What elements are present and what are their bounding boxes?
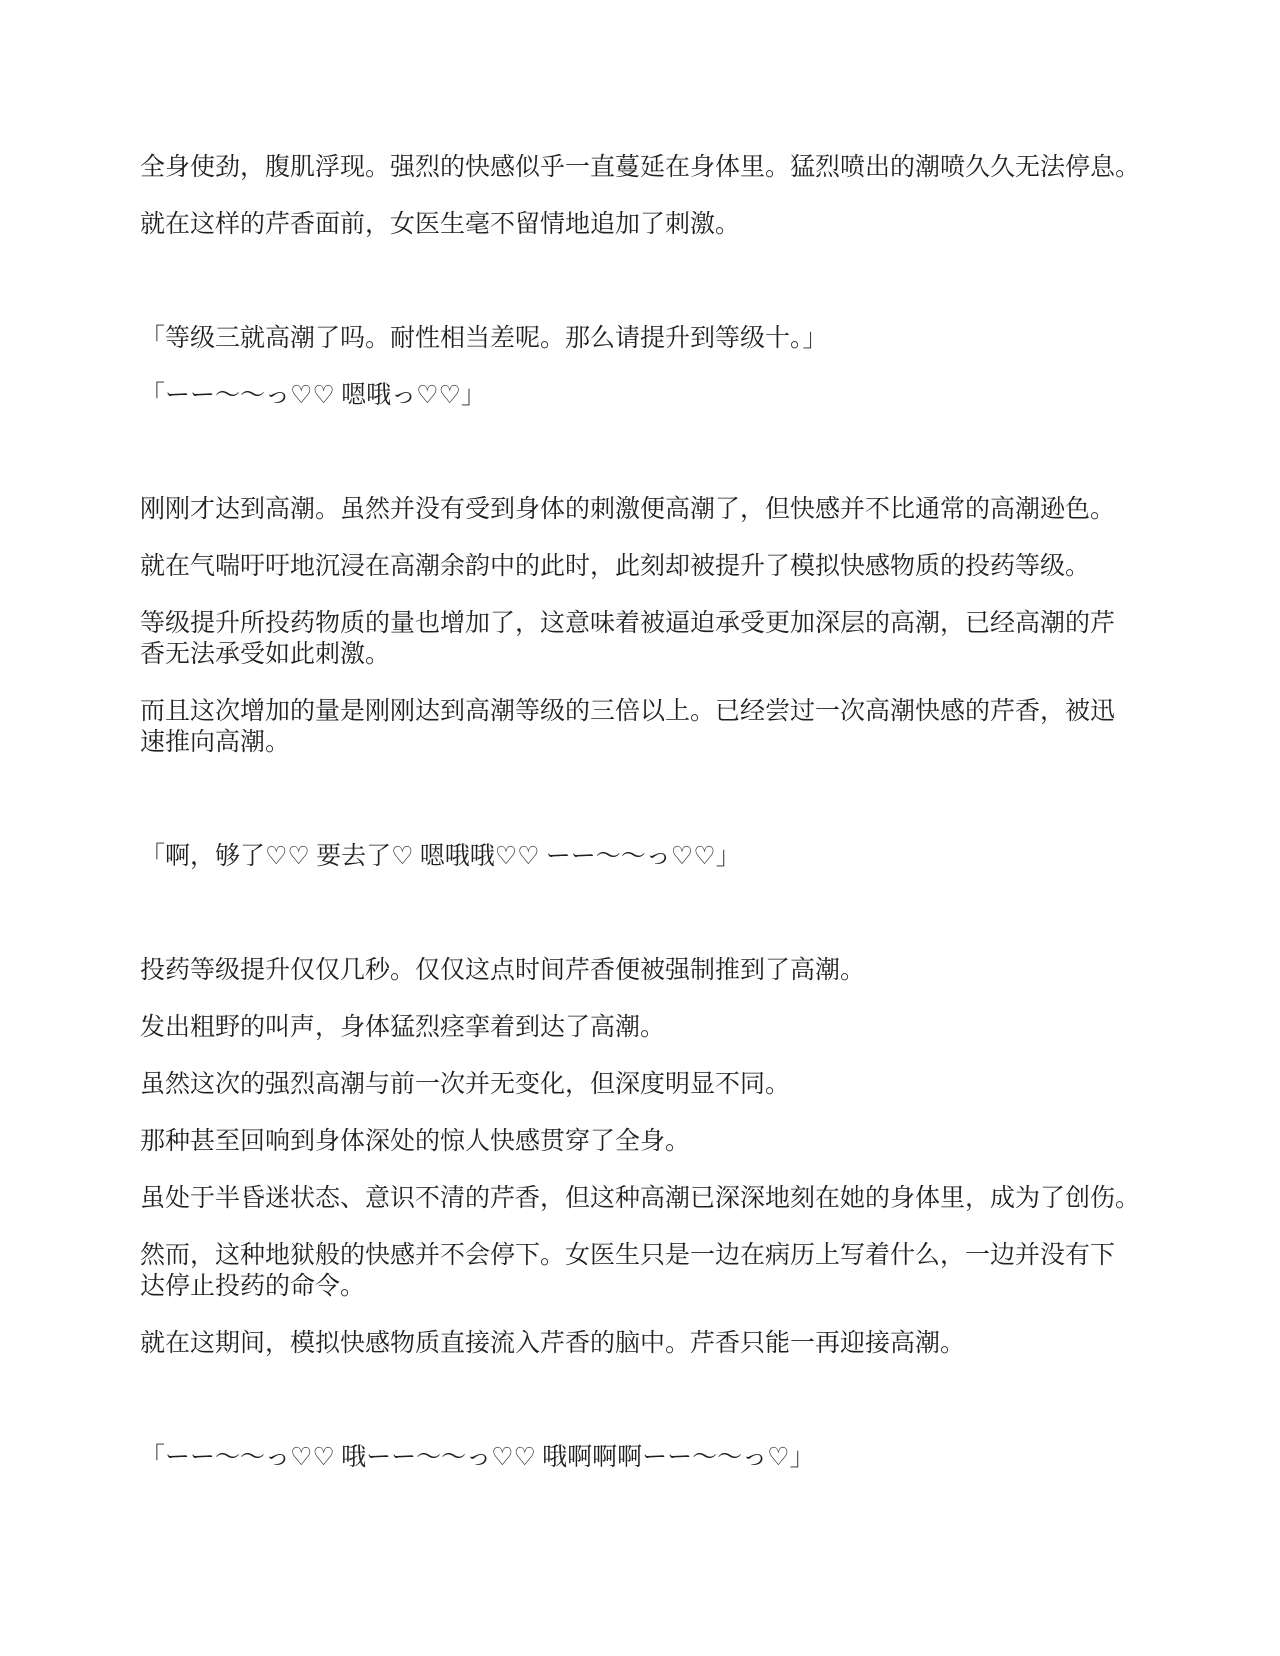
narration-paragraph: 就在这期间，模拟快感物质直接流入芹香的脑中。芹香只能一再迎接高潮。: [140, 1328, 1142, 1359]
dialogue-paragraph: 「啊，够了♡♡ 要去了♡ 嗯哦哦♡♡ ーー～～っ♡♡」: [140, 841, 1142, 872]
narration-paragraph: 全身使劲，腹肌浮现。强烈的快感似乎一直蔓延在身体里。猛烈喷出的潮喷久久无法停息。: [140, 152, 1142, 183]
dialogue-paragraph: 「等级三就高潮了吗。耐性相当差呢。那么请提升到等级十。」: [140, 323, 1142, 354]
narration-paragraph: 投药等级提升仅仅几秒。仅仅这点时间芹香便被强制推到了高潮。: [140, 955, 1142, 986]
dialogue-paragraph: 「ーー～～っ♡♡ 嗯哦っ♡♡」: [140, 380, 1142, 411]
narration-paragraph: 发出粗野的叫声，身体猛烈痉挛着到达了高潮。: [140, 1012, 1142, 1043]
dialogue-paragraph: 「ーー～～っ♡♡ 哦ーー～～っ♡♡ 哦啊啊啊ーー～～っ♡」: [140, 1442, 1142, 1473]
narration-paragraph: 刚刚才达到高潮。虽然并没有受到身体的刺激便高潮了，但快感并不比通常的高潮逊色。: [140, 494, 1142, 525]
page-text-content: 全身使劲，腹肌浮现。强烈的快感似乎一直蔓延在身体里。猛烈喷出的潮喷久久无法停息。…: [140, 152, 1142, 1499]
narration-paragraph: 那种甚至回响到身体深处的惊人快感贯穿了全身。: [140, 1126, 1142, 1157]
narration-paragraph: 然而，这种地狱般的快感并不会停下。女医生只是一边在病历上写着什么，一边并没有下 …: [140, 1240, 1142, 1302]
narration-paragraph: 而且这次增加的量是刚刚达到高潮等级的三倍以上。已经尝过一次高潮快感的芹香，被迅 …: [140, 696, 1142, 758]
narration-paragraph: 等级提升所投药物质的量也增加了，这意味着被逼迫承受更加深层的高潮，已经高潮的芹 …: [140, 608, 1142, 670]
narration-paragraph: 就在气喘吁吁地沉浸在高潮余韵中的此时，此刻却被提升了模拟快感物质的投药等级。: [140, 551, 1142, 582]
novel-page: 全身使劲，腹肌浮现。强烈的快感似乎一直蔓延在身体里。猛烈喷出的潮喷久久无法停息。…: [0, 0, 1280, 1656]
narration-paragraph: 虽处于半昏迷状态、意识不清的芹香，但这种高潮已深深地刻在她的身体里，成为了创伤。: [140, 1183, 1142, 1214]
narration-paragraph: 就在这样的芹香面前，女医生毫不留情地追加了刺激。: [140, 209, 1142, 240]
narration-paragraph: 虽然这次的强烈高潮与前一次并无变化，但深度明显不同。: [140, 1069, 1142, 1100]
